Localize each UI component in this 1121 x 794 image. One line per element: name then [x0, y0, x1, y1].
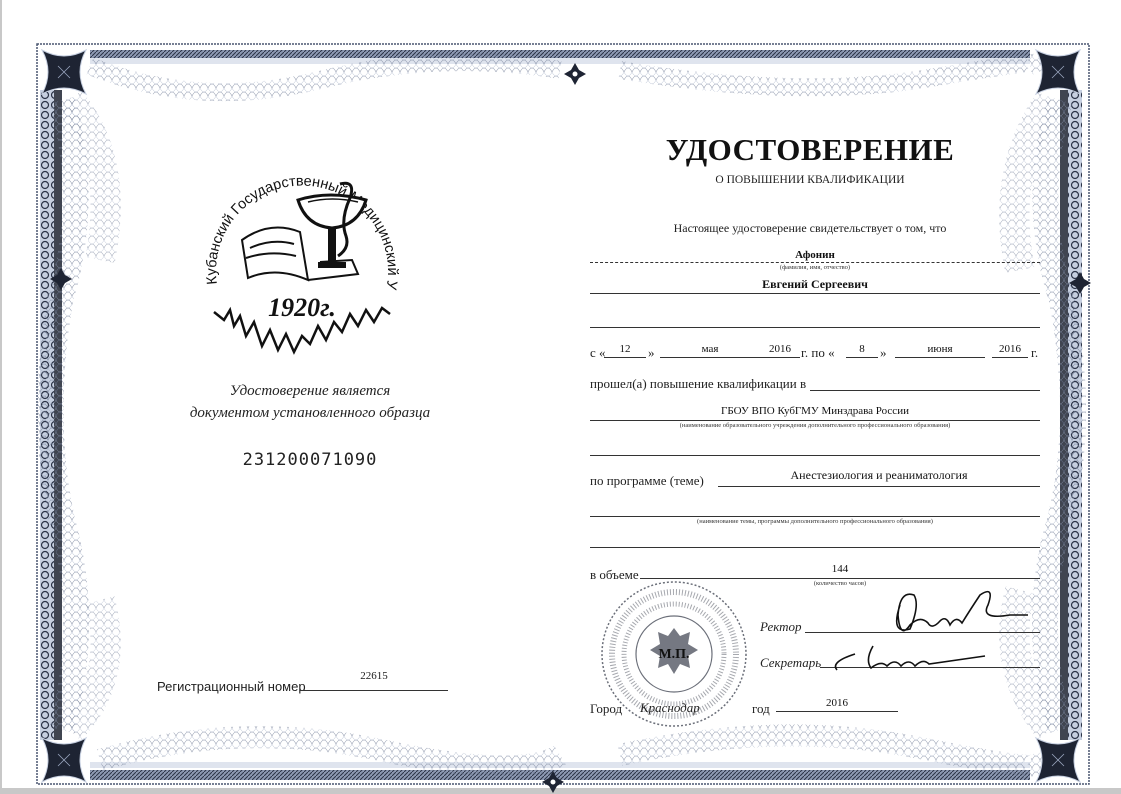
program-line	[718, 486, 1040, 487]
institution-hint: (наименование образовательного учреждени…	[590, 422, 1040, 429]
secretary-signature	[825, 640, 995, 680]
registration-label: Регистрационный номер	[157, 679, 306, 694]
from-year: 2016	[760, 343, 800, 355]
year-line	[776, 711, 898, 712]
program-value: Анестезиология и реаниматология	[718, 468, 1040, 483]
validity-note: Удостоверение является документом устано…	[180, 380, 440, 424]
to-year-line	[992, 357, 1028, 358]
from-year-line	[760, 357, 800, 358]
surname-line	[590, 262, 1040, 263]
surname-value: Афонин	[590, 249, 1040, 261]
quote-close-1: »	[648, 345, 655, 361]
volume-hours: 144	[640, 563, 1040, 575]
to-day: 8	[846, 343, 878, 355]
year-label: год	[752, 701, 770, 717]
given-names-value: Евгений Сергеевич	[590, 277, 1040, 292]
intro-text: Настоящее удостоверение свидетельствует …	[600, 221, 1020, 236]
from-day: 12	[604, 343, 646, 355]
rector-label: Ректор	[760, 619, 802, 635]
rector-signature	[870, 585, 1030, 645]
document-number: 231200071090	[180, 450, 440, 470]
completed-label: прошел(а) повышение квалификации в	[590, 376, 806, 392]
city-label: Город	[590, 701, 622, 717]
registration-line	[300, 690, 448, 691]
year-value: 2016	[776, 697, 898, 709]
to-year: 2016	[992, 343, 1028, 355]
name-hint: (фамилия, имя, отчество)	[590, 264, 1040, 271]
institution-value: ГБОУ ВПО КубГМУ Минздрава России	[590, 405, 1040, 417]
to-month: июня	[895, 343, 985, 355]
from-day-line	[604, 357, 646, 358]
svg-text:Кубанский Государственный Меди: Кубанский Государственный Медицинский Ун…	[190, 140, 400, 291]
blank-line-3	[590, 547, 1040, 548]
certificate-subtitle: О ПОВЫШЕНИИ КВАЛИФИКАЦИИ	[640, 174, 980, 186]
registration-number: 22615	[300, 670, 448, 682]
secretary-label: Секретарь	[760, 655, 821, 671]
program-hint: (наименование темы, программы дополнител…	[590, 518, 1040, 525]
completed-line	[810, 390, 1040, 391]
blank-line-2	[590, 455, 1040, 456]
to-day-line	[846, 357, 878, 358]
validity-note-line2: документом установленного образца	[180, 402, 440, 424]
to-month-line	[895, 357, 985, 358]
program-label: по программе (теме)	[590, 473, 704, 489]
from-month-line	[660, 357, 760, 358]
program-line-2	[590, 516, 1040, 517]
year-suffix: г.	[1031, 345, 1038, 361]
stamp-text: М.П.	[658, 647, 689, 662]
logo-arc-text: Кубанский Государственный Медицинский Ун…	[190, 140, 400, 291]
period-to-prefix: г. по «	[801, 345, 835, 361]
quote-close-2: »	[880, 345, 887, 361]
institution-line	[590, 420, 1040, 421]
certificate-title: УДОСТОВЕРЕНИЕ	[640, 132, 980, 168]
volume-line	[640, 578, 1040, 579]
given-names-line	[590, 293, 1040, 294]
blank-line-1	[590, 327, 1040, 328]
from-month: мая	[660, 343, 760, 355]
logo-year: 1920г.	[268, 293, 336, 322]
city-value: Краснодар	[640, 700, 700, 716]
university-logo: Кубанский Государственный Медицинский Ун…	[190, 140, 410, 360]
validity-note-line1: Удостоверение является	[180, 380, 440, 402]
